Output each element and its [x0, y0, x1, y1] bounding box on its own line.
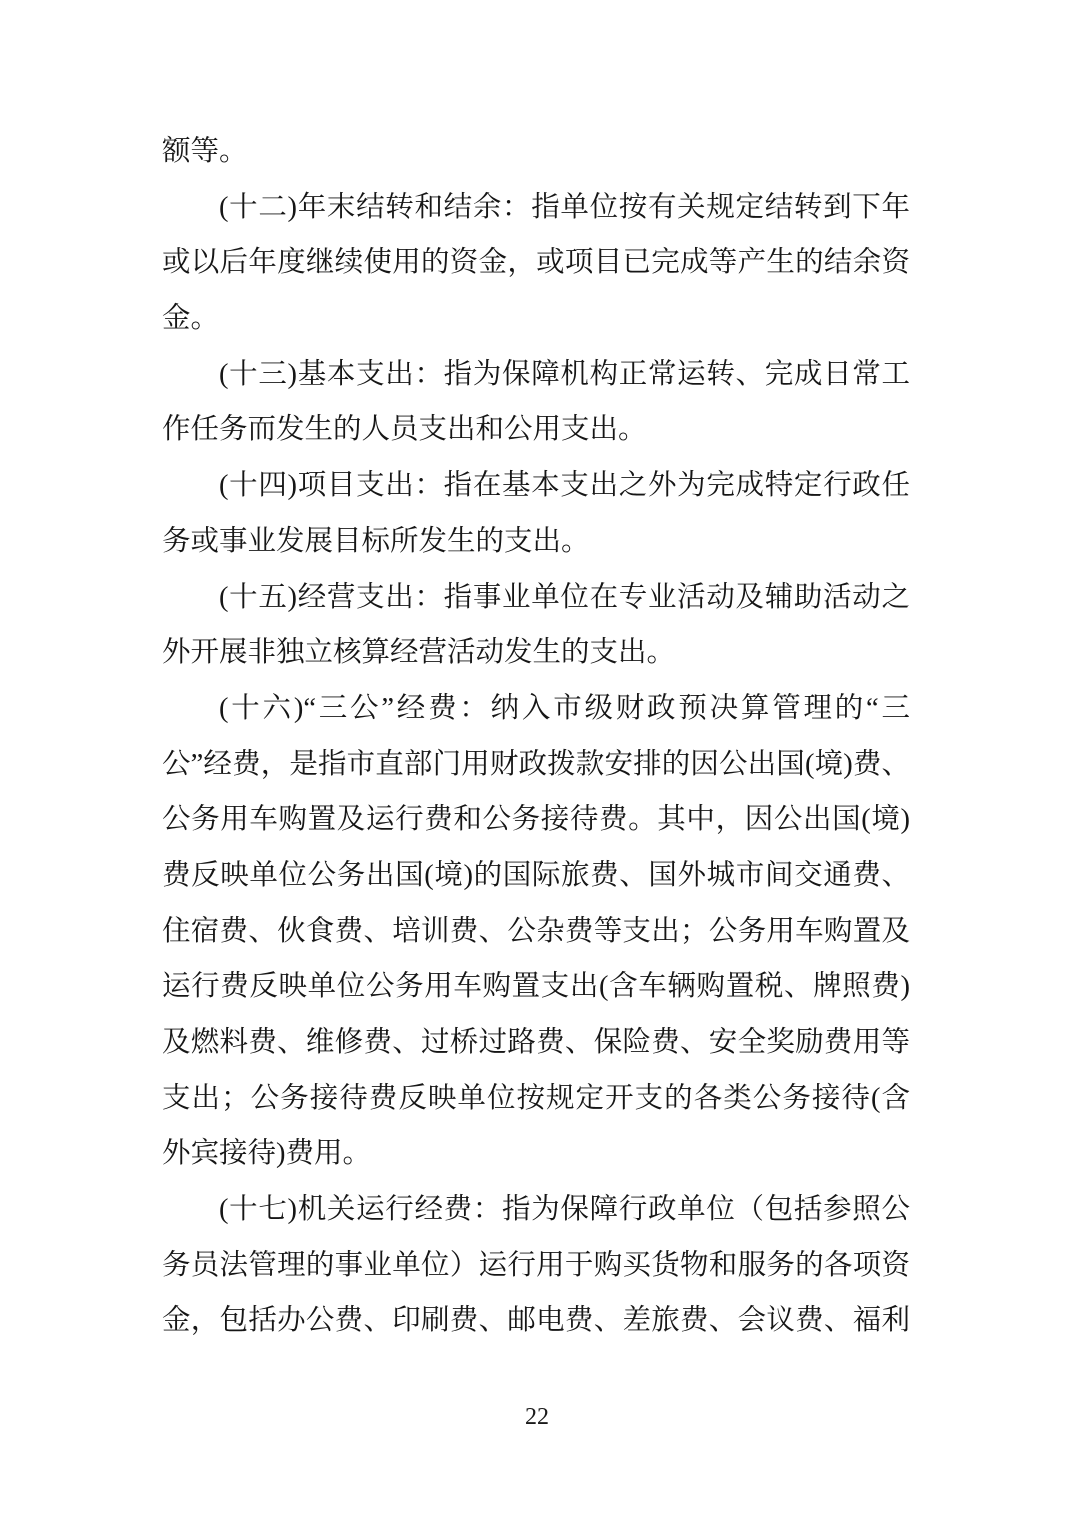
text-line: (十三)基本支出：指为保障机构正常运转、完成日常工	[162, 347, 910, 403]
paragraph: 额等。	[162, 124, 910, 180]
text-line: (十五)经营支出：指事业单位在专业活动及辅助活动之	[162, 570, 910, 626]
paragraph: (十四)项目支出：指在基本支出之外为完成特定行政任务或事业发展目标所发生的支出。	[162, 458, 910, 569]
text-line: 务或事业发展目标所发生的支出。	[162, 514, 910, 570]
paragraph: (十七)机关运行经费：指为保障行政单位（包括参照公务员法管理的事业单位）运行用于…	[162, 1182, 910, 1349]
text-line: (十七)机关运行经费：指为保障行政单位（包括参照公	[162, 1182, 910, 1238]
text-line: 费反映单位公务出国(境)的国际旅费、国外城市间交通费、	[162, 848, 910, 904]
text-line: 额等。	[162, 124, 910, 180]
paragraph: (十六)“三公”经费：纳入市级财政预决算管理的“三公”经费，是指市直部门用财政拨…	[162, 681, 910, 1182]
text-line: 住宿费、伙食费、培训费、公杂费等支出；公务用车购置及	[162, 904, 910, 960]
text-line: 及燃料费、维修费、过桥过路费、保险费、安全奖励费用等	[162, 1015, 910, 1071]
text-line: (十六)“三公”经费：纳入市级财政预决算管理的“三	[162, 681, 910, 737]
document-body: 额等。(十二)年末结转和结余：指单位按有关规定结转到下年或以后年度继续使用的资金…	[162, 124, 910, 1349]
text-line: 金。	[162, 291, 910, 347]
text-line: 外宾接待)费用。	[162, 1126, 910, 1182]
paragraph: (十三)基本支出：指为保障机构正常运转、完成日常工作任务而发生的人员支出和公用支…	[162, 347, 910, 458]
text-line: 作任务而发生的人员支出和公用支出。	[162, 402, 910, 458]
paragraph: (十五)经营支出：指事业单位在专业活动及辅助活动之外开展非独立核算经营活动发生的…	[162, 570, 910, 681]
text-line: (十二)年末结转和结余：指单位按有关规定结转到下年	[162, 180, 910, 236]
text-line: 务员法管理的事业单位）运行用于购买货物和服务的各项资	[162, 1238, 910, 1294]
text-line: 运行费反映单位公务用车购置支出(含车辆购置税、牌照费)	[162, 959, 910, 1015]
text-line: (十四)项目支出：指在基本支出之外为完成特定行政任	[162, 458, 910, 514]
document-page: 额等。(十二)年末结转和结余：指单位按有关规定结转到下年或以后年度继续使用的资金…	[0, 0, 1074, 1520]
text-line: 公务用车购置及运行费和公务接待费。其中，因公出国(境)	[162, 792, 910, 848]
text-line: 公”经费，是指市直部门用财政拨款安排的因公出国(境)费、	[162, 737, 910, 793]
paragraph: (十二)年末结转和结余：指单位按有关规定结转到下年或以后年度继续使用的资金，或项…	[162, 180, 910, 347]
text-line: 外开展非独立核算经营活动发生的支出。	[162, 625, 910, 681]
text-line: 金，包括办公费、印刷费、邮电费、差旅费、会议费、福利	[162, 1293, 910, 1349]
page-number: 22	[0, 1402, 1074, 1432]
text-line: 支出；公务接待费反映单位按规定开支的各类公务接待(含	[162, 1071, 910, 1127]
text-line: 或以后年度继续使用的资金，或项目已完成等产生的结余资	[162, 235, 910, 291]
